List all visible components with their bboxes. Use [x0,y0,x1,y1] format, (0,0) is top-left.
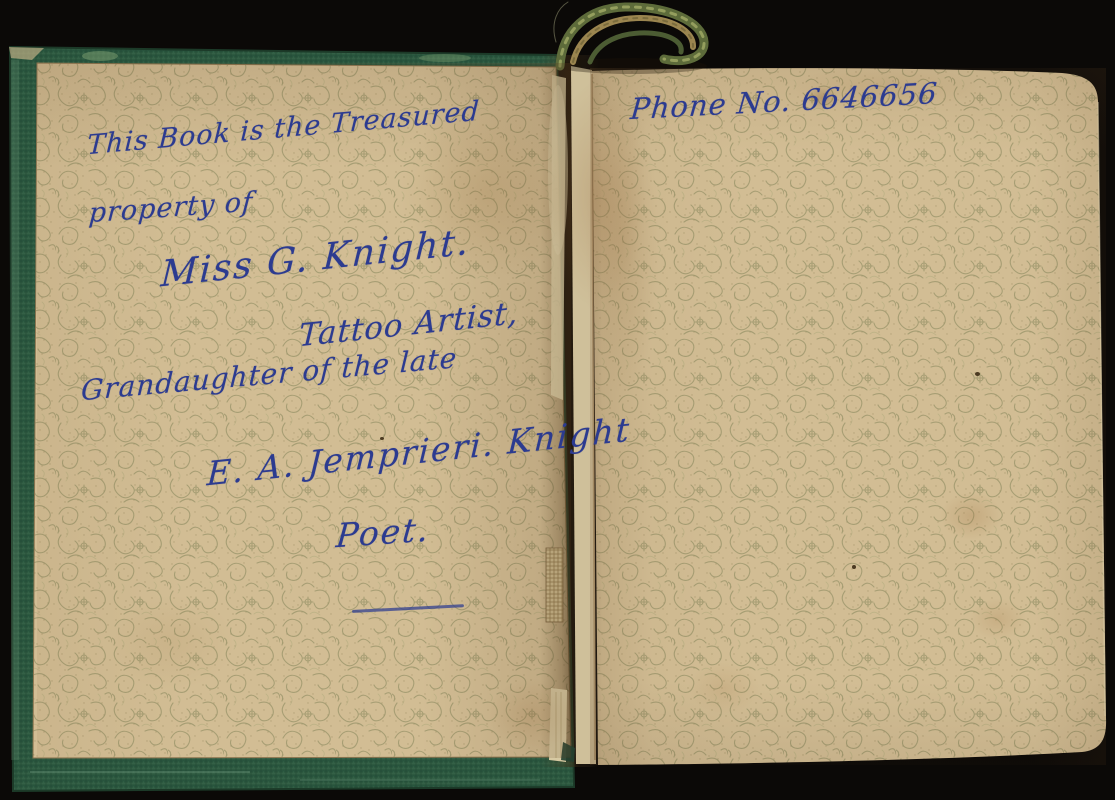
left-endpaper [33,63,571,758]
cover-wear-left [11,60,19,760]
photo-canvas: This Book is the Treasured property of M… [0,0,1115,800]
cover-wear-top-2 [419,54,471,62]
bookmark-cord [554,2,707,74]
right-page [592,68,1106,765]
cover-wear-top [82,51,118,61]
page-gutter [540,55,602,767]
gutter-mesh [546,548,563,622]
torn-paper-highlight [548,85,568,255]
book-photo [0,0,1115,800]
